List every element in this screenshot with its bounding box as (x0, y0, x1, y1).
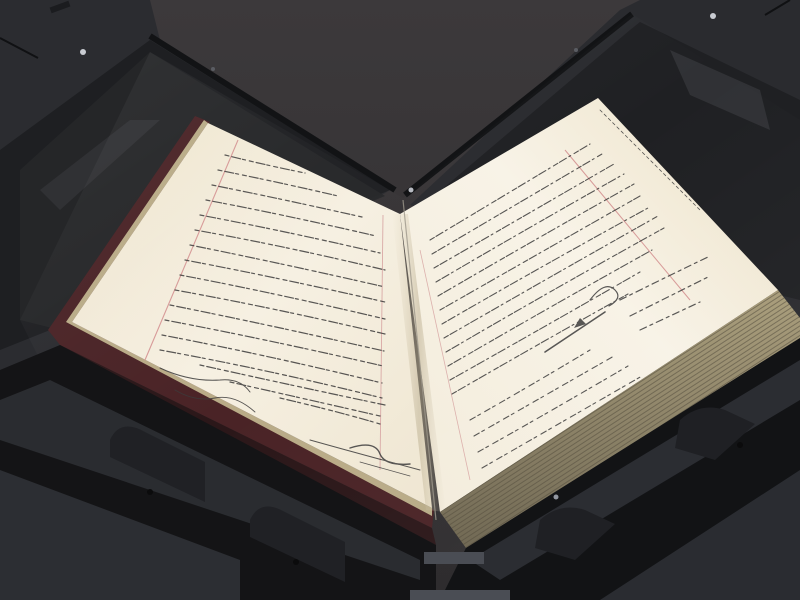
cradle-tip (410, 590, 510, 600)
book-scanner-photo (0, 0, 800, 600)
bolt-icon (147, 489, 153, 495)
screw-icon (710, 13, 716, 19)
bolt-icon (554, 495, 559, 500)
cradle-tip (424, 552, 484, 564)
screw-icon (211, 67, 215, 71)
bolt-icon (293, 559, 299, 565)
screw-icon (80, 49, 86, 55)
bolt-icon (737, 442, 743, 448)
screw-icon (574, 48, 578, 52)
